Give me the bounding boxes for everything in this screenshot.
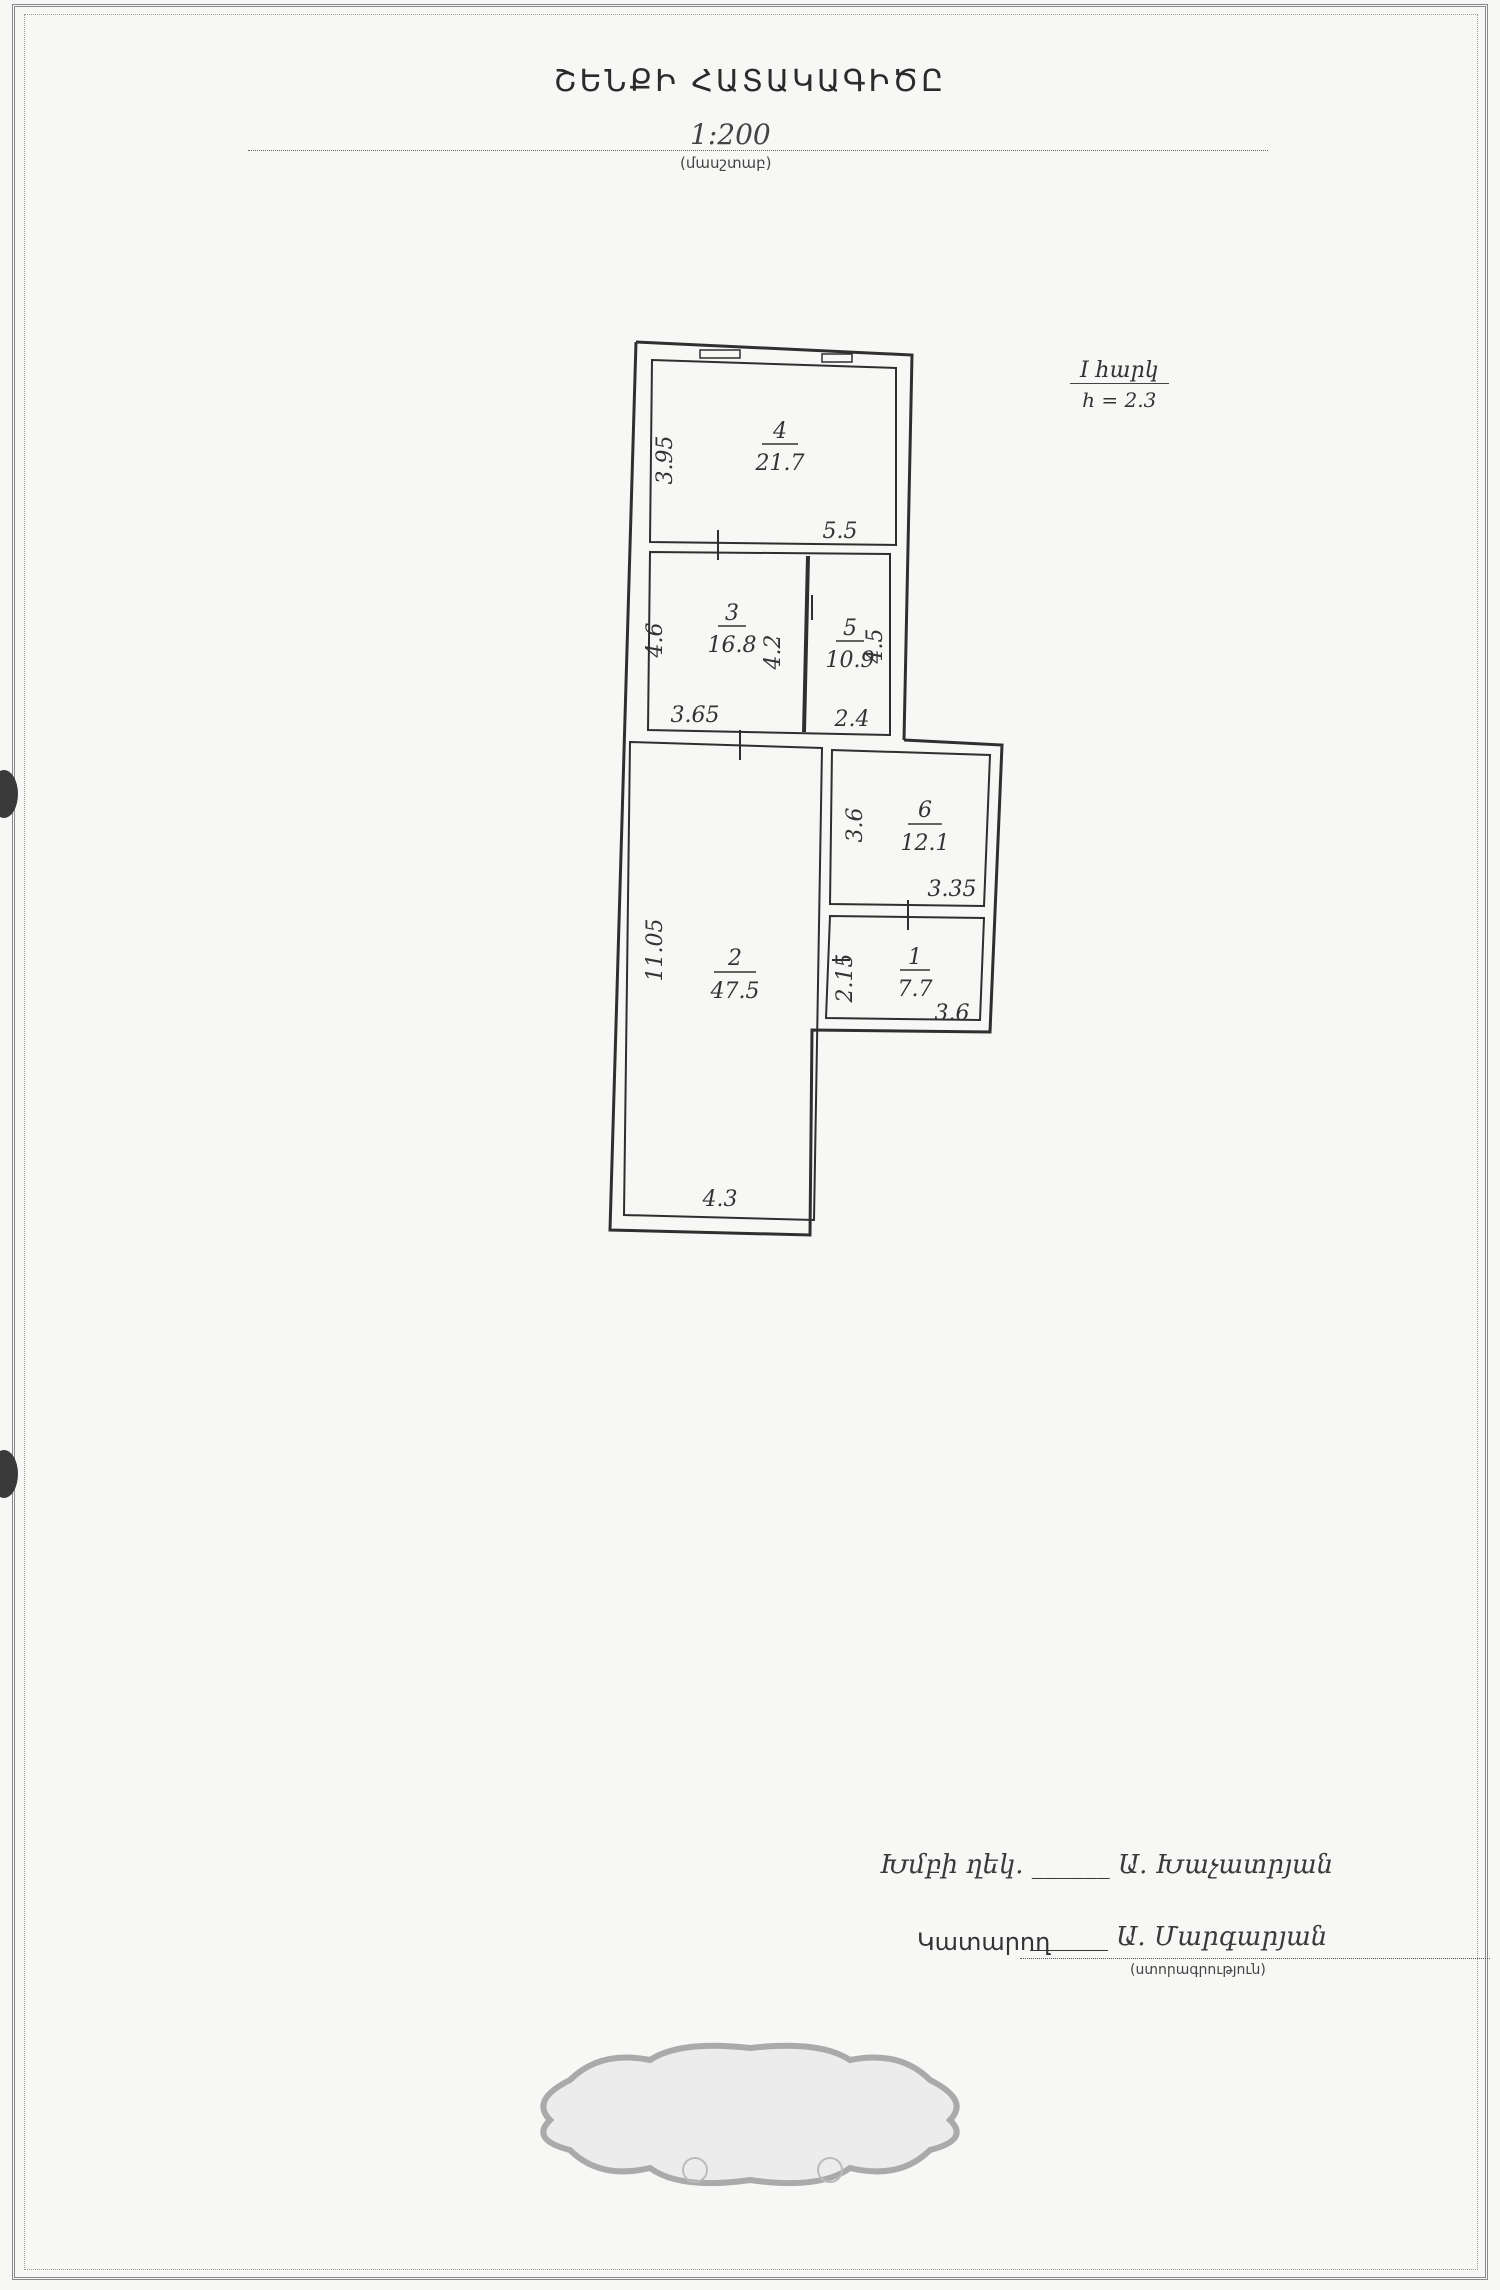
scale-underline bbox=[248, 150, 1268, 151]
floor-plan: 4 21.7 3.95 5.5 3 16.8 4.6 3.65 4.2 5 10… bbox=[600, 330, 1020, 1250]
room-6-area: 12.1 bbox=[901, 831, 950, 856]
room-6-dim: 3.6 bbox=[843, 808, 868, 843]
room-4-number: 4 bbox=[772, 419, 787, 444]
scale-value: 1:200 bbox=[690, 118, 771, 151]
room-2-area: 47.5 bbox=[710, 979, 760, 1004]
executor-signature: ______ Ա. Մարգարյան bbox=[1030, 1922, 1327, 1952]
room-1-area: 7.7 bbox=[898, 977, 933, 1002]
group-leader-signature: Խմբի ղեկ. ______ Ա. Խաչատրյան bbox=[880, 1850, 1333, 1880]
room-3-area: 16.8 bbox=[708, 633, 757, 658]
room-1-dim: 2.15 bbox=[833, 954, 858, 1004]
room-3-number: 3 bbox=[725, 601, 739, 626]
room-5-number: 5 bbox=[843, 616, 857, 641]
room-4-area: 21.7 bbox=[755, 451, 805, 476]
room-2-number: 2 bbox=[727, 946, 742, 971]
room-1-dim: 3.6 bbox=[935, 1001, 970, 1026]
scale-caption: (մասշտաբ) bbox=[680, 154, 772, 172]
room-3-dim: 3.65 bbox=[671, 703, 720, 728]
ceiling-height: h = 2.3 bbox=[1070, 388, 1169, 412]
room-5-dim: 2.4 bbox=[834, 707, 870, 732]
room-6-dim: 3.35 bbox=[928, 877, 977, 902]
floor-label: I հարկ bbox=[1070, 358, 1169, 384]
room-4-dim: 5.5 bbox=[823, 519, 858, 544]
stamp-ornament-icon bbox=[530, 2040, 970, 2190]
floor-note: I հարկ h = 2.3 bbox=[1070, 358, 1169, 412]
wall bbox=[636, 342, 912, 740]
signature-block: Խմբի ղեկ. ______ Ա. Խաչատրյան Կատարող __… bbox=[870, 1830, 1490, 2010]
room-5-dim: 4.5 bbox=[863, 629, 888, 665]
room-2-dim: 11.05 bbox=[643, 919, 668, 982]
room-1-number: 1 bbox=[908, 945, 922, 970]
room-4-dim: 3.95 bbox=[653, 436, 678, 485]
room-3-dim: 4.6 bbox=[643, 623, 668, 659]
room-6-number: 6 bbox=[918, 798, 932, 823]
signature-line bbox=[1020, 1958, 1490, 1959]
signature-caption: (ստորագրություն) bbox=[1130, 1962, 1266, 1978]
room-2-dim: 4.3 bbox=[702, 1187, 738, 1212]
document-title: ՇԵՆՔԻ ՀԱՏԱԿԱԳԻԾԸ bbox=[0, 64, 1500, 99]
wall-dim: 4.2 bbox=[761, 635, 786, 671]
